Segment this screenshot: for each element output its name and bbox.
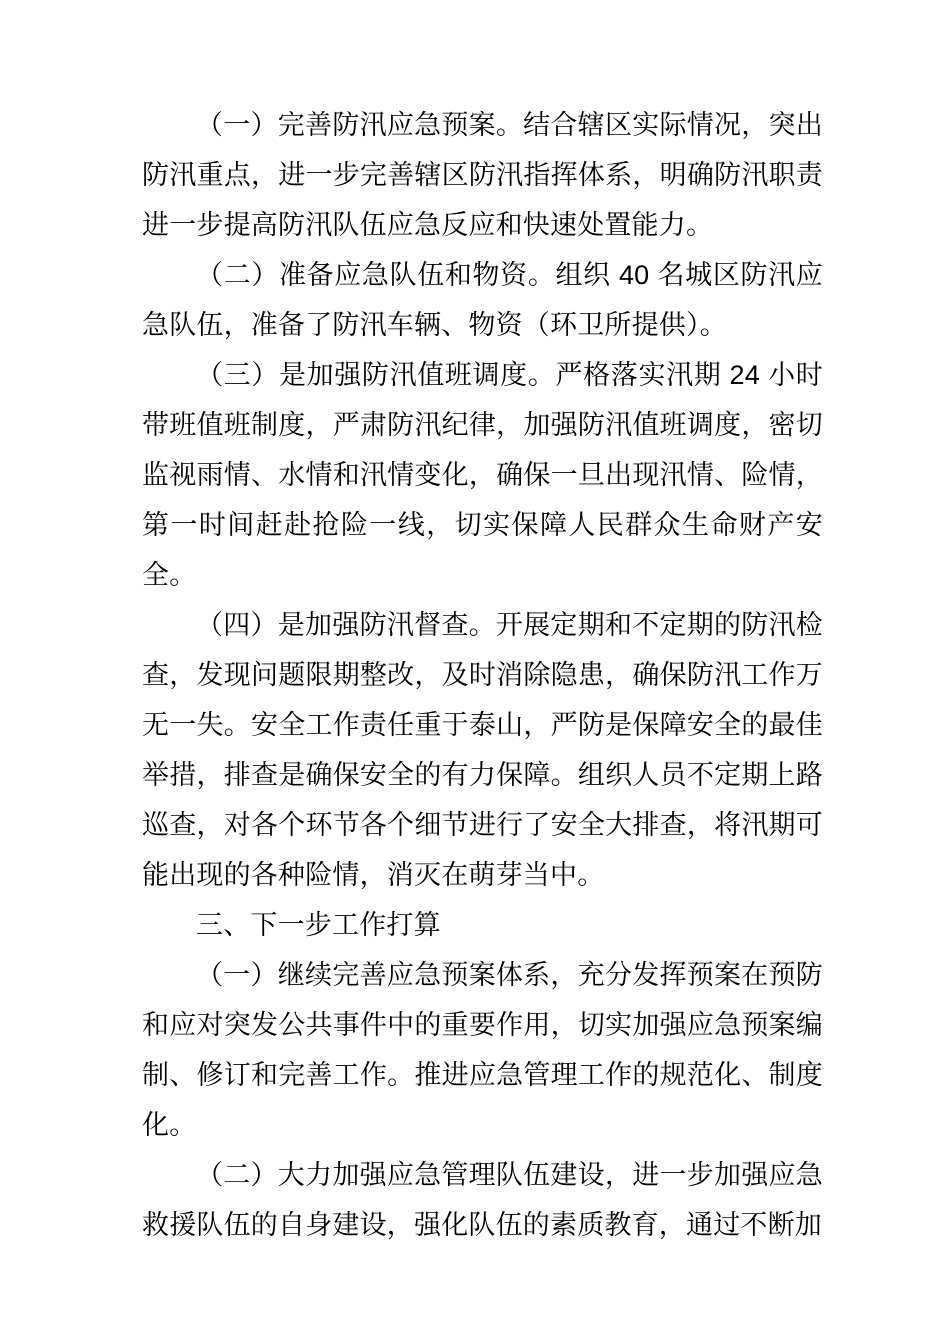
document-page: （一）完善防汛应急预案。结合辖区实际情况，突出防汛重点，进一步完善辖区防汛指挥体… — [0, 0, 950, 1344]
paragraph-continue-improve-plans: （一）继续完善应急预案体系，充分发挥预案在预防和应对突发公共事件中的重要作用，切… — [142, 950, 823, 1150]
section-heading-next-steps: 三、下一步工作打算 — [142, 900, 823, 950]
document-body: （一）完善防汛应急预案。结合辖区实际情况，突出防汛重点，进一步完善辖区防汛指挥体… — [142, 100, 823, 1250]
paragraph-improve-flood-plan: （一）完善防汛应急预案。结合辖区实际情况，突出防汛重点，进一步完善辖区防汛指挥体… — [142, 100, 823, 250]
paragraph-duty-scheduling: （三）是加强防汛值班调度。严格落实汛期 24 小时带班值班制度，严肃防汛纪律，加… — [142, 350, 823, 600]
paragraph-prepare-teams-supplies: （二）准备应急队伍和物资。组织 40 名城区防汛应急队伍，准备了防汛车辆、物资（… — [142, 250, 823, 350]
paragraph-strengthen-teams: （二）大力加强应急管理队伍建设，进一步加强应急救援队伍的自身建设，强化队伍的素质… — [142, 1150, 823, 1250]
paragraph-flood-inspection: （四）是加强防汛督查。开展定期和不定期的防汛检查，发现问题限期整改，及时消除隐患… — [142, 600, 823, 900]
